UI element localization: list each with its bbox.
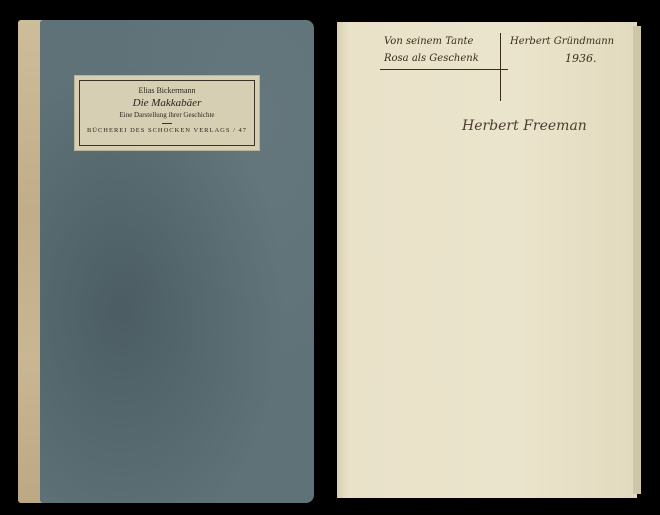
inscription-line-3: Herbert Gründmann [510, 36, 614, 47]
inscription-underline [380, 69, 508, 70]
cover-label: Elias Bickermann Die Makkabäer Eine Dars… [74, 75, 260, 151]
inscription-divider [500, 33, 501, 101]
inscription-line-2: Rosa als Geschenk [384, 53, 479, 64]
inscription-year: 1936. [565, 52, 597, 65]
page-edges [633, 26, 641, 494]
book-subtitle: Eine Darstellung ihrer Geschichte [80, 111, 254, 119]
author-name: Elias Bickermann [80, 86, 254, 95]
series-name: BÜCHEREI DES SCHOCKEN VERLAGS / 47 [80, 127, 254, 134]
cover-label-border: Elias Bickermann Die Makkabäer Eine Dars… [79, 80, 255, 146]
book-title: Die Makkabäer [80, 97, 254, 109]
label-divider [162, 123, 172, 124]
inscription-line-1: Von seinem Tante [384, 36, 473, 47]
owner-signature: Herbert Freeman [462, 118, 587, 134]
flyleaf-page [337, 22, 637, 498]
